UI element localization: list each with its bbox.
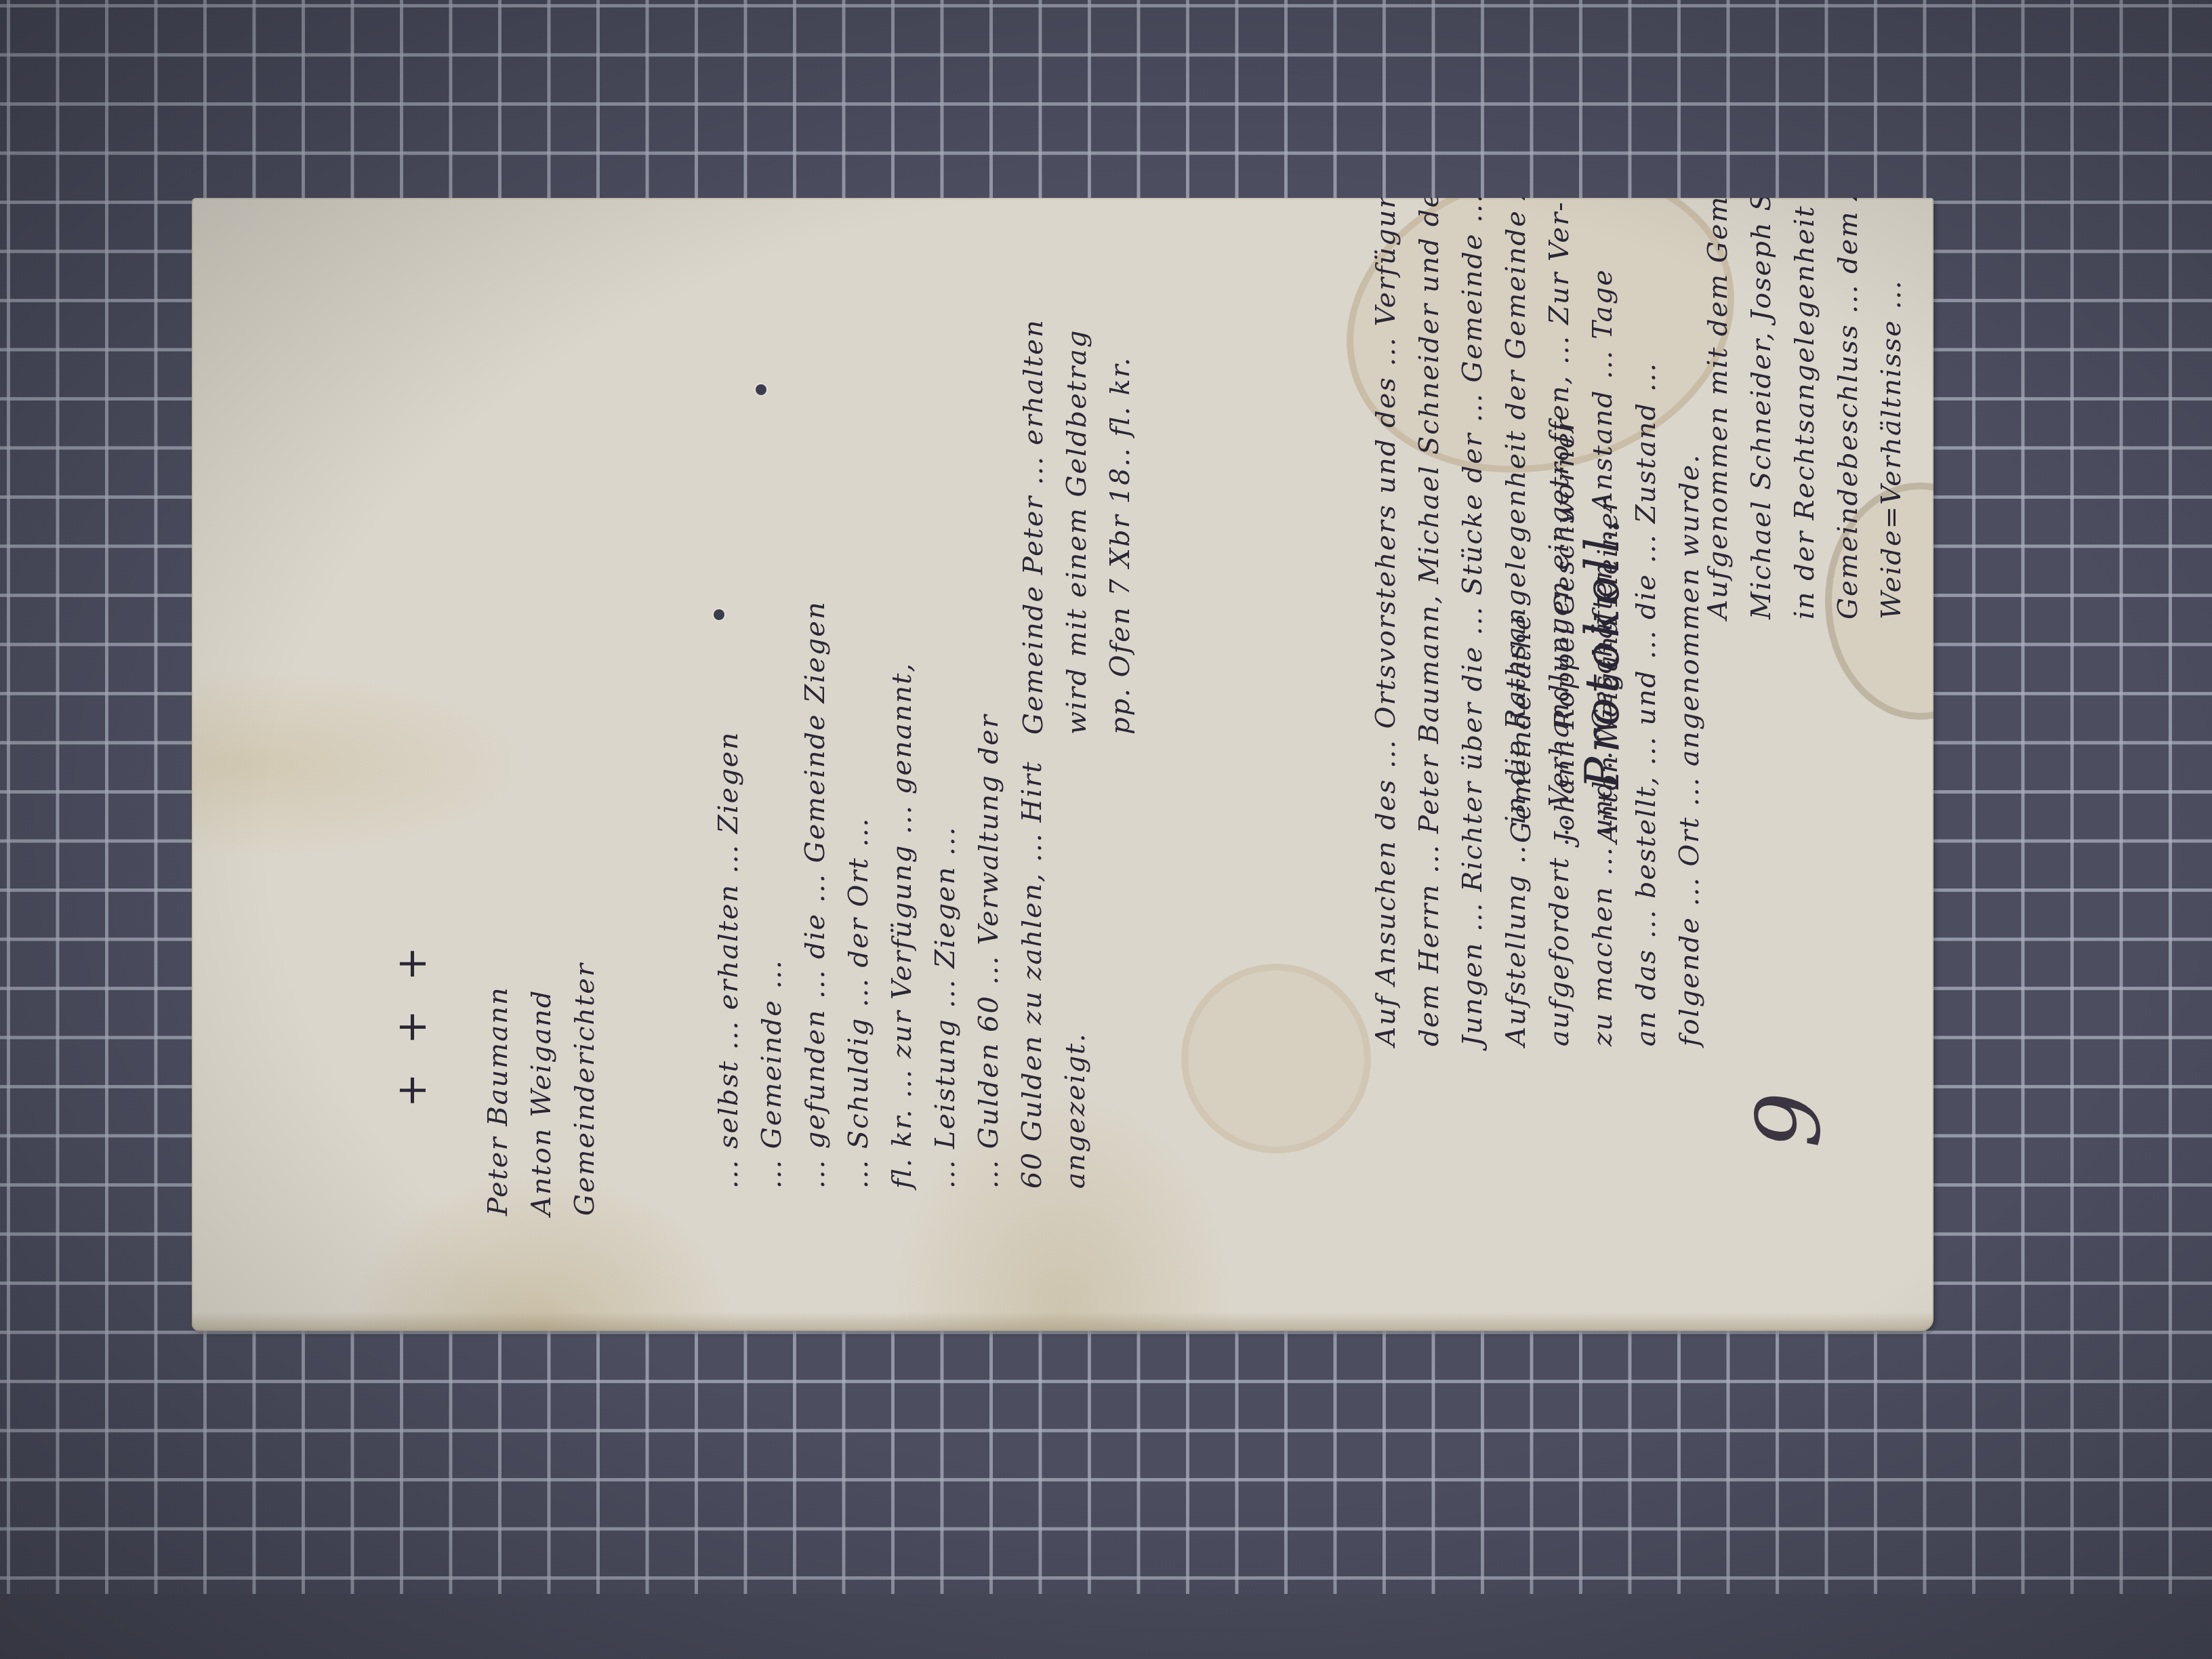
- page-number: 9: [1737, 1092, 1840, 1148]
- right-line: ... Schuldig ... der Ort ...: [837, 579, 880, 1189]
- intro-line: in der Rechtsangelegenheit der Gemeinde …: [1783, 198, 1826, 619]
- right-line: ... gefunden ... die ... Gemeinde Ziegen: [794, 579, 837, 1189]
- right-line: ... Gulden 60 ... Verwaltung der: [967, 579, 1010, 1189]
- intro-line: Gemeindebeschluss ... dem Zustand der We…: [1826, 198, 1870, 619]
- right-line: ... Leistung ... Ziegen ...: [924, 579, 967, 1189]
- signature-name: Anton Weigand: [520, 945, 563, 1216]
- main-paragraph: Auf Ansuchen des ... Ortsvorstehers und …: [1364, 198, 1711, 1046]
- signature-block: Peter Baumann Anton Weigand Gemeinderich…: [476, 945, 607, 1216]
- main-line: folgende ... Ort ... angenommen wurde.: [1668, 198, 1711, 1046]
- cross-mark-signatures: + + +: [388, 939, 436, 1107]
- right-line: ... selbst ... erhalten ... Ziegen: [707, 579, 750, 1189]
- cutting-mat-bottom-strip: [0, 1594, 2212, 1659]
- right-line: ... Gemeinde ...: [750, 579, 794, 1189]
- rotated-text-layer: Protokoll. 9 Aufgenommen mit dem Gemeind…: [192, 198, 1933, 1331]
- main-line: zu machen ... und ... Geschäften ... Ans…: [1581, 198, 1624, 1046]
- main-line: an das ... bestellt, ... und ... die ...…: [1624, 198, 1668, 1046]
- right-line: fl. kr. ... zur Verfügung ... genannt,: [880, 579, 924, 1189]
- main-line: Jungen ... Richter über die ... Stücke d…: [1451, 198, 1494, 1046]
- right-line: 60 Gulden zu zahlen, ... Hirt: [1010, 579, 1054, 1189]
- intro-line: Weide=Verhältnisse ...: [1870, 198, 1913, 619]
- signature-name: Peter Baumann: [476, 945, 520, 1216]
- main-line: dem Herrn ... Peter Baumann, Michael Sch…: [1408, 198, 1451, 1046]
- left-line: pp. Ofen 7 Xbr 18.. fl. kr.: [1099, 198, 1142, 735]
- right-paragraph: ... selbst ... erhalten ... Ziegen ... G…: [707, 579, 1097, 1189]
- intro-paragraph: Aufgenommen mit dem Gemeinde Richter ...…: [1696, 198, 1913, 619]
- signature-name: Gemeinderichter: [563, 945, 607, 1216]
- right-line: angezeigt.: [1054, 579, 1097, 1189]
- main-line: aufgefordert ... Verhandlungen eingetrof…: [1538, 198, 1581, 1046]
- intro-line: Michael Schneider, Joseph Seitz, ... in …: [1740, 198, 1783, 619]
- main-line: Aufstellung ... in die Rathsangelegenhei…: [1494, 198, 1538, 1046]
- main-line: Auf Ansuchen des ... Ortsvorstehers und …: [1364, 198, 1408, 1046]
- document-sheet: Protokoll. 9 Aufgenommen mit dem Gemeind…: [192, 198, 1933, 1331]
